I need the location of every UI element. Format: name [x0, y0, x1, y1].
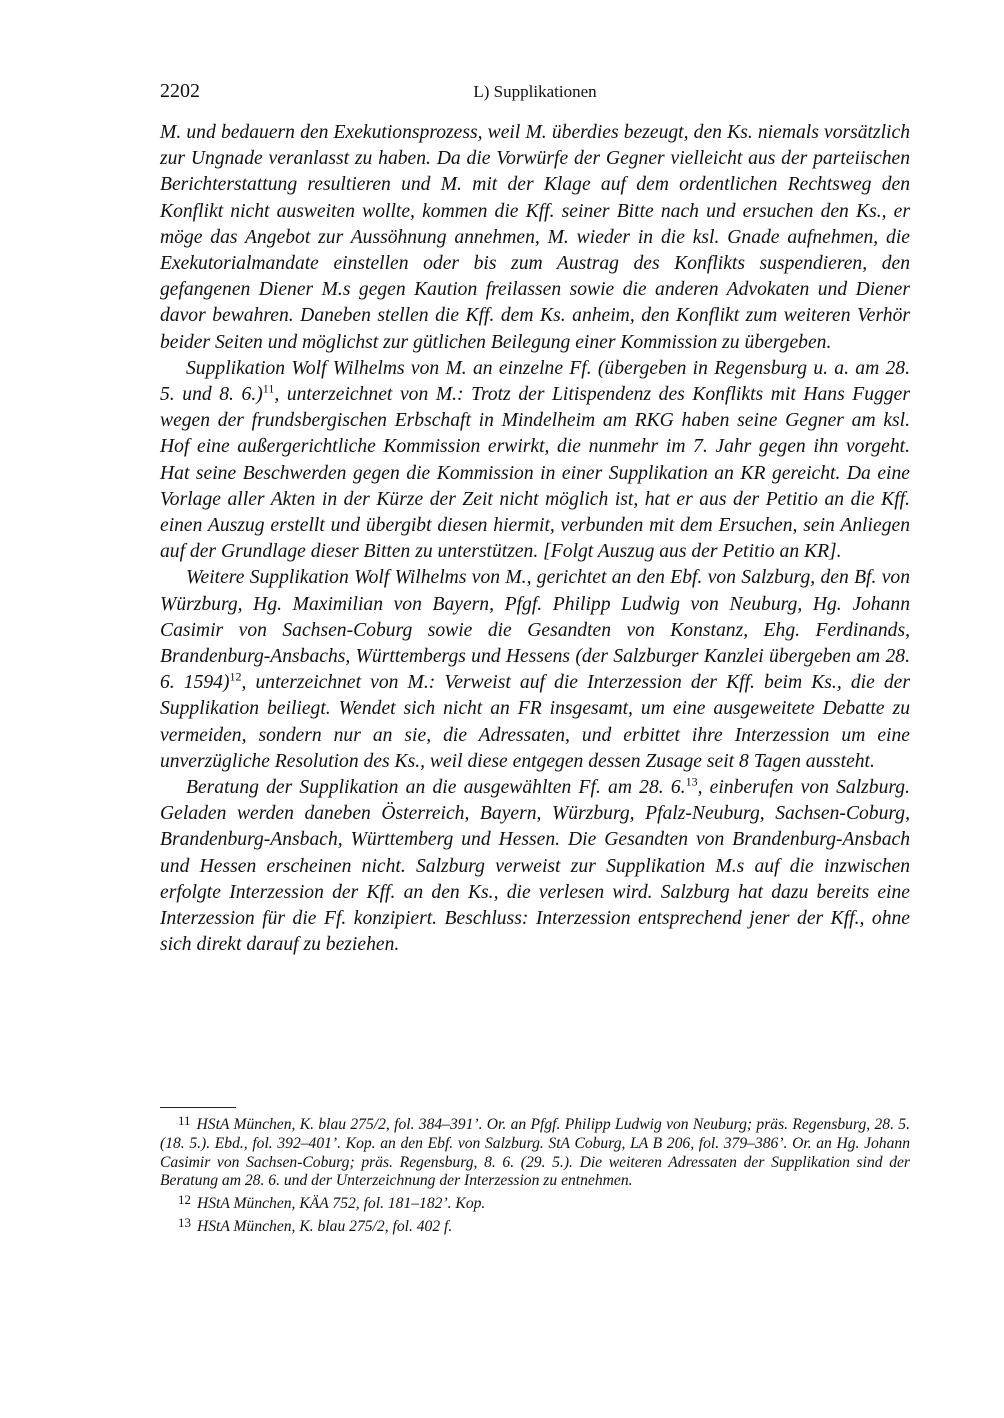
footnote-11: 11HStA München, K. blau 275/2, fol. 384–… — [160, 1112, 910, 1191]
footnote-number: 11 — [178, 1113, 191, 1128]
footnote-text: HStA München, K. blau 275/2, fol. 384–39… — [160, 1116, 910, 1189]
paragraph-supplication-2: Weitere Supplikation Wolf Wilhelms von M… — [160, 565, 910, 775]
footnote-ref-13[interactable]: 13 — [686, 775, 698, 789]
footnote-13: 13HStA München, K. blau 275/2, fol. 402 … — [160, 1214, 910, 1237]
footnote-ref-12[interactable]: 12 — [230, 670, 242, 684]
paragraph-continuation: M. und bedauern den Exekutionsprozess, w… — [160, 120, 910, 356]
footnote-number: 12 — [178, 1192, 191, 1207]
footnote-number: 13 — [178, 1215, 191, 1230]
footnote-text: HStA München, KÄA 752, fol. 181–182’. Ko… — [197, 1195, 485, 1212]
footnote-divider — [160, 1107, 236, 1108]
paragraph-text: M. und bedauern den Exekutionsprozess, w… — [160, 122, 910, 353]
running-title: L) Supplikationen — [160, 82, 910, 102]
paragraph-text-after: , einberufen von Salzburg. Geladen werde… — [160, 777, 910, 955]
footnote-ref-11[interactable]: 11 — [263, 382, 275, 396]
paragraph-text-before: Beratung der Supplikation an die ausgewä… — [186, 777, 686, 798]
footnotes: 11HStA München, K. blau 275/2, fol. 384–… — [160, 1112, 910, 1237]
main-text: M. und bedauern den Exekutionsprozess, w… — [160, 120, 910, 959]
footnote-12: 12HStA München, KÄA 752, fol. 181–182’. … — [160, 1191, 910, 1214]
document-page: 2202 L) Supplikationen M. und bedauern d… — [0, 0, 1004, 1418]
paragraph-text-after: , unterzeichnet von M.: Trotz der Litisp… — [160, 384, 910, 562]
footnote-text: HStA München, K. blau 275/2, fol. 402 f. — [197, 1218, 452, 1235]
running-header: 2202 L) Supplikationen — [160, 80, 910, 106]
paragraph-supplication-1: Supplikation Wolf Wilhelms von M. an ein… — [160, 356, 910, 566]
paragraph-text-after: , unterzeichnet von M.: Verweist auf die… — [160, 672, 910, 772]
paragraph-deliberation: Beratung der Supplikation an die ausgewä… — [160, 775, 910, 958]
